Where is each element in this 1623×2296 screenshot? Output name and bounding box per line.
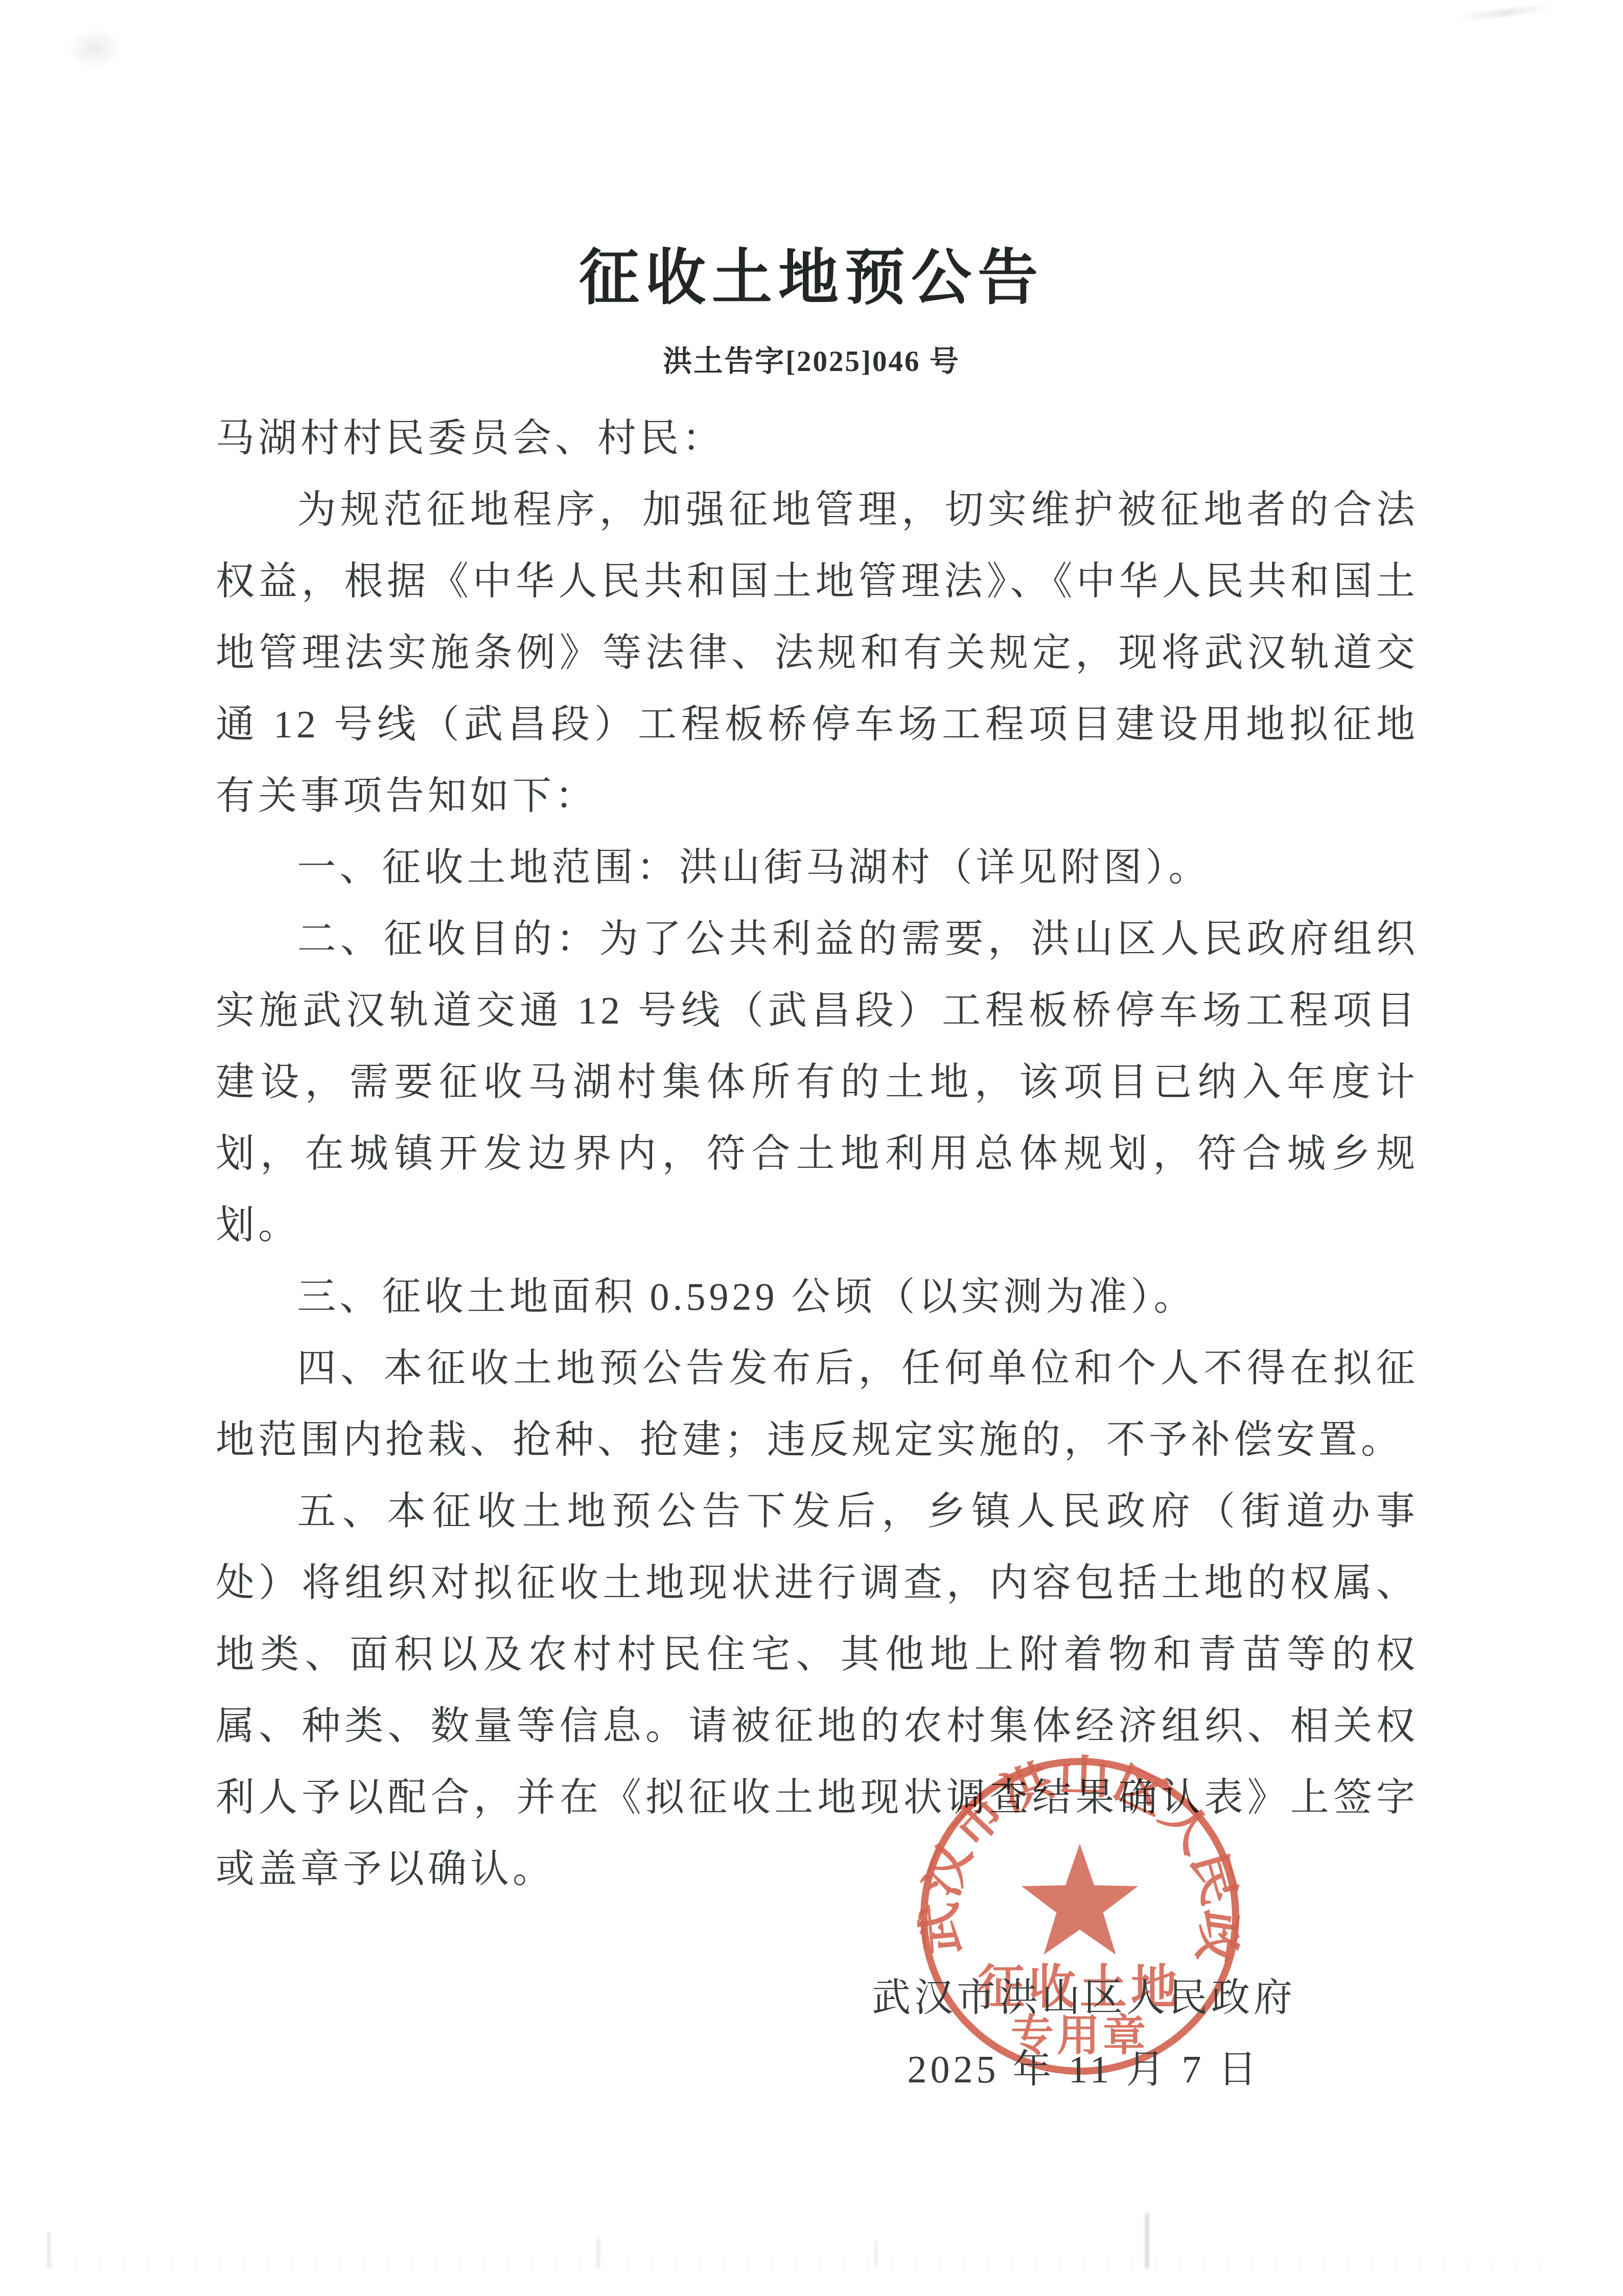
document-number: 洪土告字[2025]046 号: [0, 343, 1623, 380]
salutation: 马湖村村民委员会、村民：: [216, 403, 1419, 474]
signature-date: 2025 年 11 月 7 日: [872, 2034, 1296, 2105]
paragraph-item-3: 三、征收土地面积 0.5929 公顷（以实测为准）。: [216, 1261, 1419, 1333]
paragraph-item-4: 四、本征收土地预公告发布后，任何单位和个人不得在拟征地范围内抢栽、抢种、抢建；违…: [216, 1333, 1419, 1476]
document-page: 征收土地预公告 洪土告字[2025]046 号 马湖村村民委员会、村民： 为规范…: [0, 0, 1623, 2296]
paragraph-intro: 为规范征地程序，加强征地管理，切实维护被征地者的合法权益，根据《中华人民共和国土…: [216, 474, 1419, 832]
scan-artifact-tick: [47, 2232, 51, 2269]
seal-star-icon: [1022, 1844, 1138, 1955]
document-title: 征收土地预公告: [0, 0, 1623, 317]
paragraph-item-1: 一、征收土地范围：洪山街马湖村（详见附图）。: [216, 832, 1419, 903]
paragraph-item-2: 二、征收目的：为了公共利益的需要，洪山区人民政府组织实施武汉轨道交通 12 号线…: [216, 903, 1419, 1261]
signature-issuer: 武汉市洪山区人民政府: [872, 1962, 1296, 2034]
scan-artifact-dust-row: [51, 2258, 1564, 2275]
scan-artifact-tick: [597, 2237, 600, 2269]
signature-block: 武汉市洪山区人民政府 2025 年 11 月 7 日: [872, 1962, 1296, 2105]
document-body: 马湖村村民委员会、村民： 为规范征地程序，加强征地管理，切实维护被征地者的合法权…: [216, 403, 1419, 1905]
scan-artifact-tick: [875, 2241, 877, 2267]
scan-artifact-tick: [1145, 2213, 1149, 2269]
